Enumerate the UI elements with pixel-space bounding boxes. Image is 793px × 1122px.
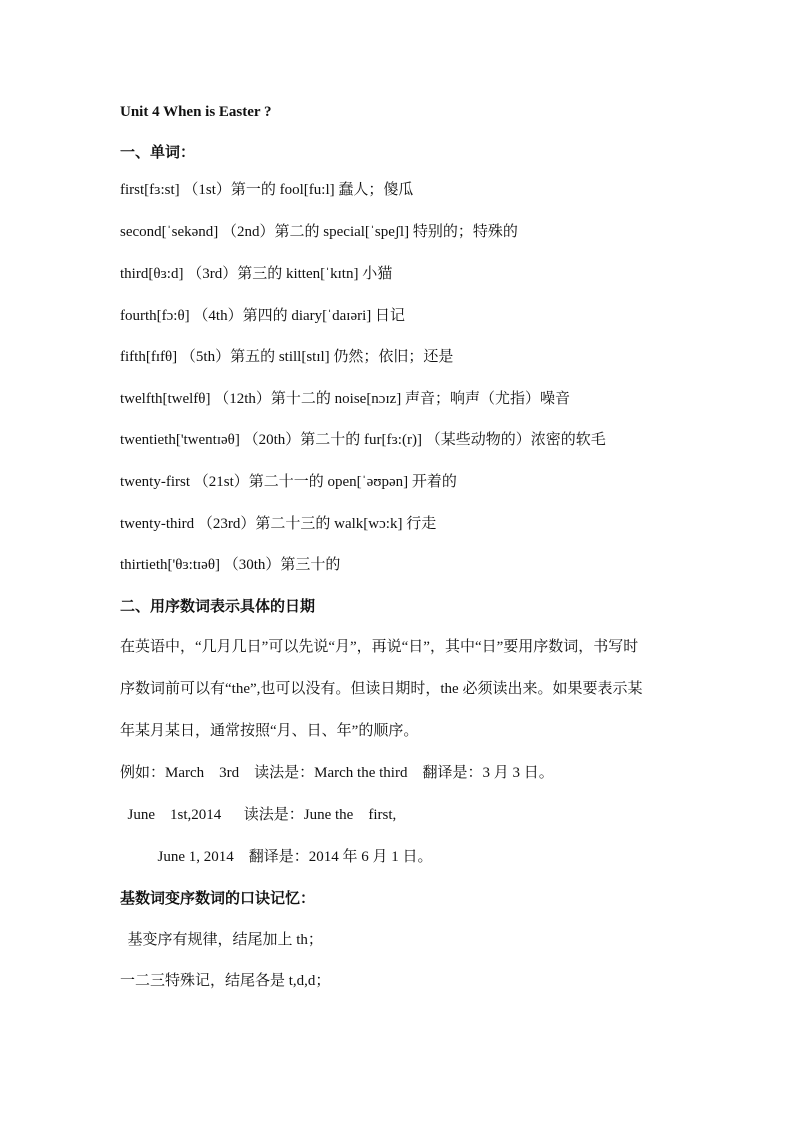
section-heading-vocabulary: 一、单词： [120, 142, 195, 162]
example-line: 例如：March 3rd 读法是：March the third 翻译是：3 月… [120, 763, 554, 783]
mnemonic-line: 一二三特殊记，结尾各是 t,d,d； [120, 971, 330, 991]
vocab-line: first[fɜ:st] （1st）第一的 fool[fu:l] 蠢人；傻瓜 [120, 180, 413, 200]
paragraph-line: 在英语中，“几月几日”可以先说“月”，再说“日”，其中“日”要用序数词，书写时 [120, 637, 638, 657]
example-line: June 1, 2014 翻译是：2014 年 6 月 1 日。 [120, 847, 433, 867]
document-title: Unit 4 When is Easter ? [120, 102, 272, 122]
vocab-line: twentieth['twentɪəθ] （20th）第二十的 fur[fɜ:(… [120, 430, 606, 450]
vocab-line: fifth[fɪfθ] （5th）第五的 still[stɪl] 仍然；依旧；还… [120, 347, 453, 367]
vocab-line: second[ˈsekənd] （2nd）第二的 special[ˈspeʃl]… [120, 222, 518, 242]
vocab-line: twenty-first （21st）第二十一的 open[ˈəʊpən] 开着… [120, 472, 457, 492]
vocab-line: twelfth[twelfθ] （12th）第十二的 noise[nɔɪz] 声… [120, 389, 570, 409]
section-heading-mnemonic: 基数词变序数词的口诀记忆： [120, 888, 315, 908]
vocab-line: fourth[fɔ:θ] （4th）第四的 diary[ˈdaɪəri] 日记 [120, 306, 405, 326]
section-heading-dates: 二、用序数词表示具体的日期 [120, 596, 315, 616]
paragraph-line: 序数词前可以有“the”,也可以没有。但读日期时，the 必须读出来。如果要表示… [120, 679, 642, 699]
vocab-line: thirtieth['θɜ:tɪəθ] （30th）第三十的 [120, 555, 340, 575]
vocab-line: twenty-third （23rd）第二十三的 walk[wɔ:k] 行走 [120, 514, 436, 534]
paragraph-line: 年某月某日，通常按照“月、日、年”的顺序。 [120, 721, 418, 741]
example-line: June 1st,2014 读法是：June the first, [120, 805, 396, 825]
vocab-line: third[θɜ:d] （3rd）第三的 kitten[ˈkɪtn] 小猫 [120, 264, 392, 284]
mnemonic-line: 基变序有规律，结尾加上 th； [120, 930, 323, 950]
